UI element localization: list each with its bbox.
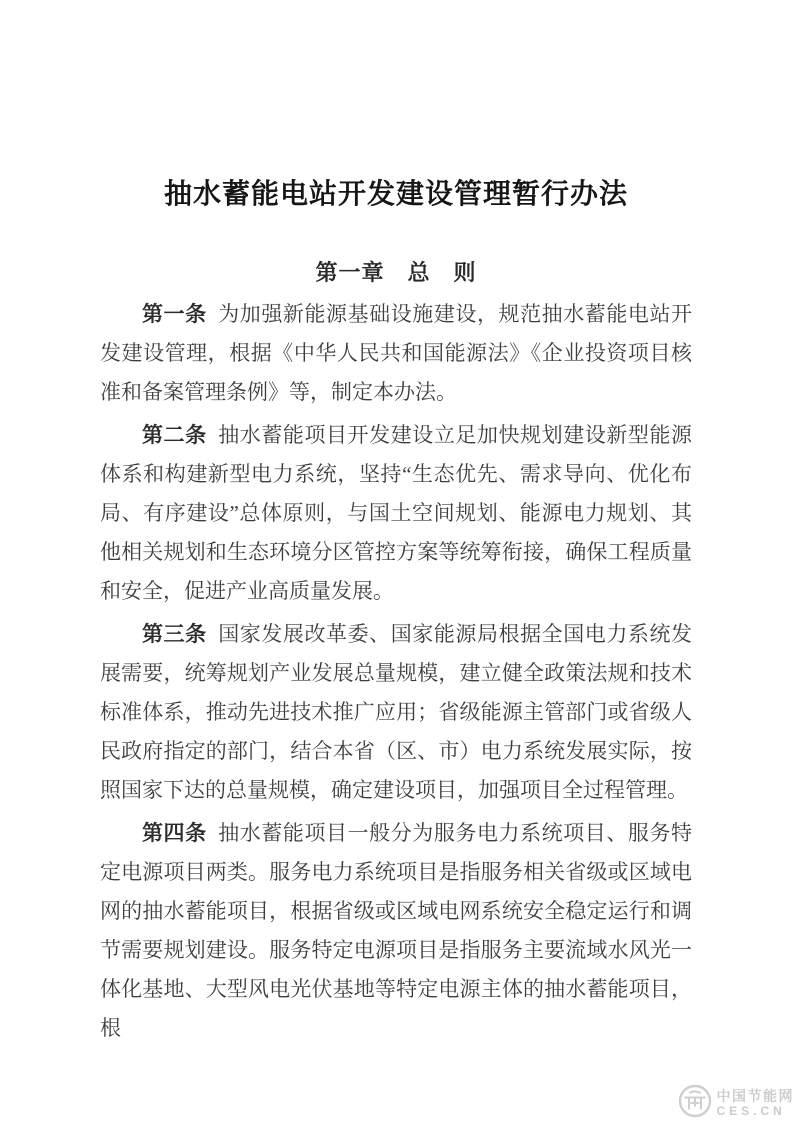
document-page: 抽水蓄能电站开发建设管理暂行办法 第一章 总 则 第一条为加强新能源基础设施建设… — [0, 0, 800, 1131]
article-1-number: 第一条 — [142, 303, 207, 326]
article-2-number: 第二条 — [142, 424, 207, 447]
watermark-site-name: 中国节能网 — [717, 1089, 795, 1104]
article-2: 第二条抽水蓄能项目开发建设立足加快规划建设新型能源体系和构建新型电力系统，坚持“… — [100, 416, 692, 611]
article-4: 第四条抽水蓄能项目一般分为服务电力系统项目、服务特定电源项目两类。服务电力系统项… — [100, 814, 692, 1048]
watermark-text: 中国节能网 CES.CN — [717, 1089, 795, 1119]
chapter-heading: 第一章 总 则 — [100, 260, 692, 285]
article-4-text: 抽水蓄能项目一般分为服务电力系统项目、服务特定电源项目两类。服务电力系统项目是指… — [100, 821, 692, 1040]
ces-logo-icon — [678, 1084, 712, 1123]
article-3: 第三条国家发展改革委、国家能源局根据全国电力系统发展需要，统筹规划产业发展总量规… — [100, 615, 692, 810]
document-title: 抽水蓄能电站开发建设管理暂行办法 — [100, 180, 692, 208]
article-3-number: 第三条 — [142, 623, 207, 646]
article-2-text: 抽水蓄能项目开发建设立足加快规划建设新型能源体系和构建新型电力系统，坚持“生态优… — [100, 423, 692, 603]
article-1: 第一条为加强新能源基础设施建设，规范抽水蓄能电站开发建设管理，根据《中华人民共和… — [100, 295, 692, 412]
article-4-number: 第四条 — [142, 822, 207, 845]
document-content: 抽水蓄能电站开发建设管理暂行办法 第一章 总 则 第一条为加强新能源基础设施建设… — [0, 0, 800, 1048]
article-3-text: 国家发展改革委、国家能源局根据全国电力系统发展需要，统筹规划产业发展总量规模，建… — [100, 622, 692, 802]
watermark: 中国节能网 CES.CN — [678, 1084, 795, 1123]
watermark-site-domain: CES.CN — [717, 1105, 795, 1118]
